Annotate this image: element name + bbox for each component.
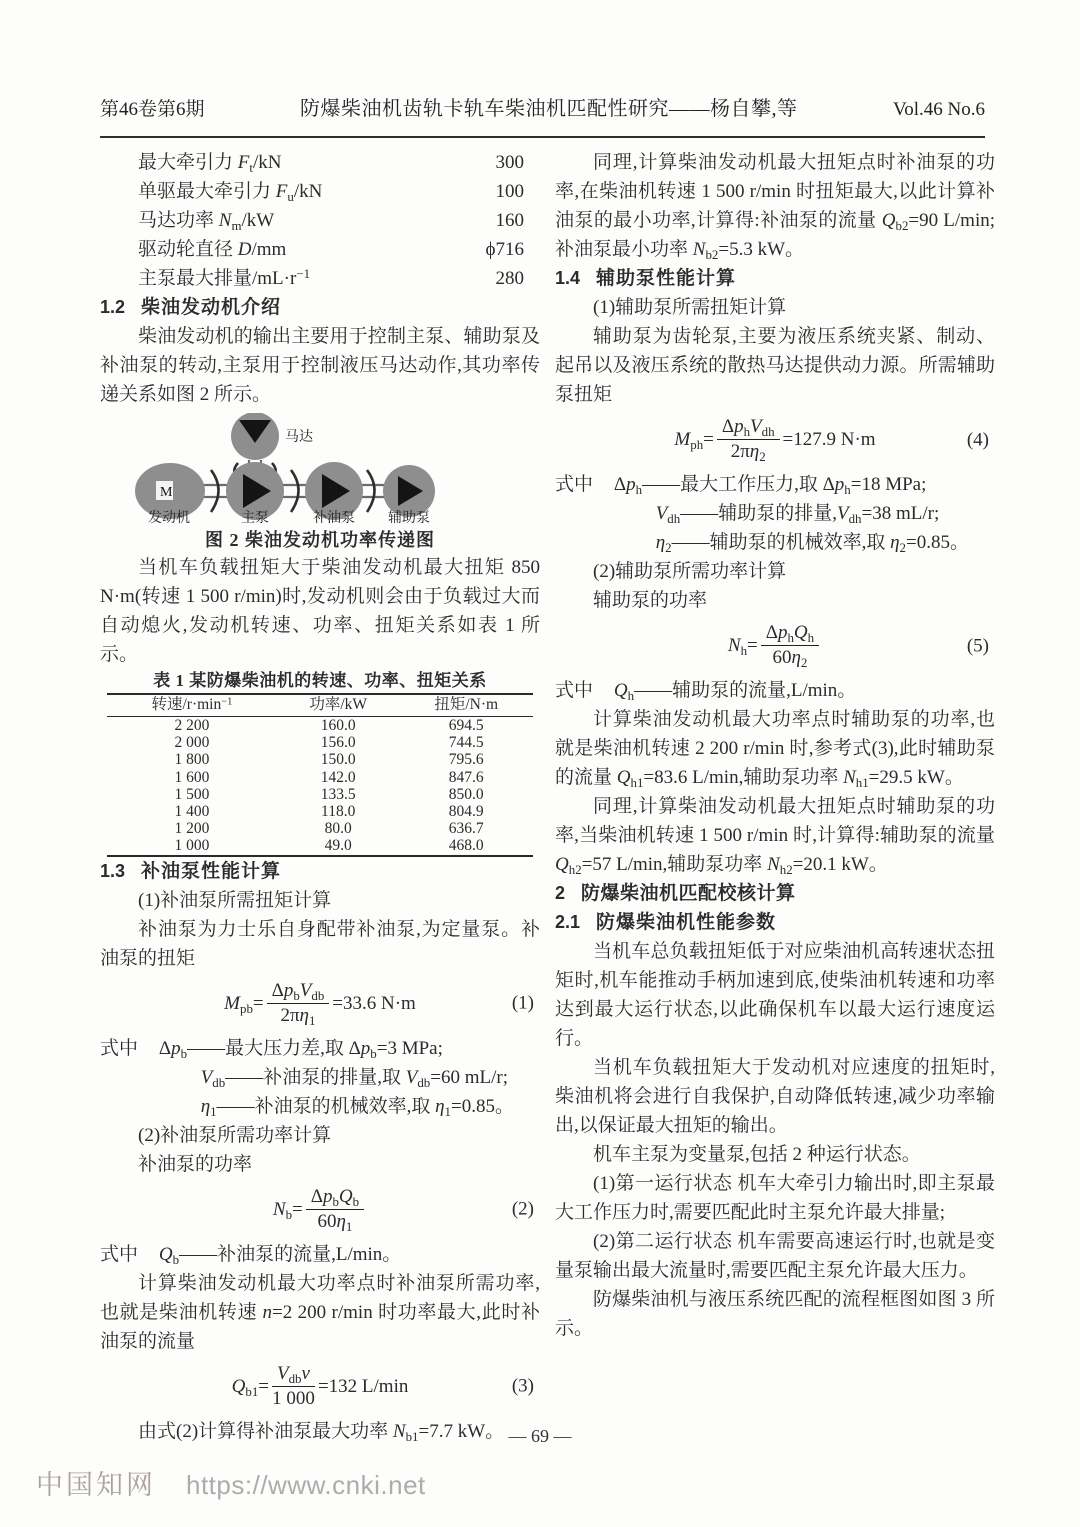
fraction-denominator: 2πη1	[280, 1004, 315, 1027]
table-cell: 2 200	[107, 717, 278, 735]
table-cell: 160.0	[277, 717, 399, 735]
table-row: 1 00049.0468.0	[107, 837, 534, 855]
section-1-2: 1.2 柴油发动机介绍	[100, 293, 540, 322]
fraction-numerator: ΔphVdh	[717, 416, 780, 440]
fraction-numerator: Vdbv	[272, 1363, 315, 1387]
table-1-caption: 表 1 某防爆柴油机的转速、功率、扭矩关系	[100, 669, 540, 693]
table-header-cell: 功率/kW	[277, 694, 399, 717]
section-1-3: 1.3 补油泵性能计算	[100, 857, 540, 886]
symbol-definition: η1——补油泵的机械效率,取 η1=0.85。	[100, 1092, 540, 1121]
symbol-definition: Vdb——补油泵的排量,取 Vdb=60 mL/r;	[100, 1063, 540, 1092]
fraction: Vdbv 1 000	[272, 1363, 315, 1410]
equation-rhs: =33.6 N·m	[332, 989, 416, 1018]
fraction-denominator: 2πη2	[731, 440, 766, 463]
table-row: 1 600142.0847.6	[107, 769, 534, 786]
section-number: 2.1	[555, 908, 580, 937]
equation-lhs: Qb1=	[232, 1372, 269, 1401]
table-row: 1 20080.0636.7	[107, 820, 534, 837]
equation-5: Nh= ΔphQh 60η2 (5)	[555, 622, 995, 669]
paragraph: (1)辅助泵所需扭矩计算	[555, 293, 995, 322]
def-body: Qb——补油泵的流量,L/min。	[159, 1240, 401, 1269]
spec-value: 100	[496, 177, 541, 206]
scanned-paper-page: 第46卷第6期 防爆柴油机齿轨卡轨车柴油机匹配性研究——杨自攀,等 Vol.46…	[0, 0, 1080, 1527]
paragraph: (2)第二运行状态 机车需要高速运行时,也就是变量泵输出最大流量时,需要匹配主泵…	[555, 1227, 995, 1285]
paragraph: 计算柴油发动机最大功率点时辅助泵的功率,也就是柴油机转速 2 200 r/min…	[555, 705, 995, 792]
spec-label: 驱动轮直径 D/mm	[100, 235, 286, 264]
section-title: 柴油发动机介绍	[141, 293, 281, 322]
def-head: 式中	[555, 470, 593, 499]
fraction: ΔphQh 60η2	[761, 622, 819, 669]
spec-row: 单驱最大牵引力 Fu/kN100	[100, 177, 540, 206]
power-transmission-drawing: 马达 M 发动机 主泵 补油泵 辅助	[110, 413, 520, 527]
table-cell: 1 500	[107, 786, 278, 803]
table-cell: 156.0	[277, 734, 399, 751]
section-title: 防爆柴油机性能参数	[596, 908, 776, 937]
charge-pump-label: 补油泵	[313, 509, 355, 526]
table-row: 1 400118.0804.9	[107, 803, 534, 820]
table-cell: 1 600	[107, 769, 278, 786]
paragraph: 当机车负载扭矩大于柴油发动机最大扭矩 850 N·m(转速 1 500 r/mi…	[100, 553, 540, 669]
def-body: Δpb——最大压力差,取 Δpb=3 MPa;	[159, 1034, 443, 1063]
spec-label: 最大牵引力 Ft/kN	[100, 148, 281, 177]
fraction: ΔpbQb 60η1	[306, 1186, 364, 1233]
equation-rhs: =127.9 N·m	[783, 425, 876, 454]
table-cell: 118.0	[277, 803, 399, 820]
table-row: 1 800150.0795.6	[107, 751, 534, 768]
cnki-watermark: 中国知网 https://www.cnki.net	[36, 1463, 426, 1502]
cnki-url: https://www.cnki.net	[186, 1470, 426, 1501]
section-number: 2	[555, 879, 565, 908]
spec-value: 160	[496, 206, 541, 235]
def-head: 式中	[100, 1240, 138, 1269]
page-header: 第46卷第6期 防爆柴油机齿轨卡轨车柴油机匹配性研究——杨自攀,等 Vol.46…	[100, 92, 985, 121]
engine-m-label: M	[160, 485, 173, 500]
equation-3: Qb1= Vdbv 1 000 =132 L/min (3)	[100, 1363, 540, 1410]
equation-number: (2)	[512, 1195, 534, 1224]
table-header-cell: 扭矩/N·m	[399, 694, 533, 717]
paragraph: 机车主泵为变量泵,包括 2 种运行状态。	[555, 1140, 995, 1169]
paragraph: (2)补油泵所需功率计算	[100, 1121, 540, 1150]
table-cell: 80.0	[277, 820, 399, 837]
paragraph: 辅助泵为齿轮泵,主要为液压系统夹紧、制动、起吊以及液压系统的散热马达提供动力源。…	[555, 322, 995, 409]
table-cell: 468.0	[399, 837, 533, 855]
spec-value: 280	[496, 264, 541, 293]
section-2: 2 防爆柴油机匹配校核计算	[555, 879, 995, 908]
page-number: — 69 —	[0, 1426, 1080, 1447]
fraction-denominator: 1 000	[272, 1387, 315, 1410]
paragraph: 补油泵的功率	[100, 1150, 540, 1179]
table-cell: 150.0	[277, 751, 399, 768]
spec-row: 驱动轮直径 D/mmϕ716	[100, 235, 540, 264]
paragraph: 补油泵为力士乐自身配带补油泵,为定量泵。补油泵的扭矩	[100, 915, 540, 973]
table-cell: 850.0	[399, 786, 533, 803]
table-cell: 847.6	[399, 769, 533, 786]
volume-number: Vol.46 No.6	[893, 99, 985, 121]
spec-label: 马达功率 Nm/kW	[100, 206, 274, 235]
paragraph: 柴油发动机的输出主要用于控制主泵、辅助泵及补油泵的转动,主泵用于控制液压马达动作…	[100, 322, 540, 409]
table-cell: 133.5	[277, 786, 399, 803]
section-title: 辅助泵性能计算	[596, 264, 736, 293]
running-title: 防爆柴油机齿轨卡轨车柴油机匹配性研究——杨自攀,等	[300, 92, 798, 121]
table-cell: 1 400	[107, 803, 278, 820]
table-cell: 804.9	[399, 803, 533, 820]
header-rule	[100, 136, 985, 138]
figure-2-diagram: 马达 M 发动机 主泵 补油泵 辅助	[110, 413, 520, 527]
table-cell: 2 000	[107, 734, 278, 751]
def-body: Qh——辅助泵的流量,L/min。	[614, 676, 856, 705]
paragraph: (1)第一运行状态 机车大牵引力输出时,即主泵最大工作压力时,需要匹配此时主泵允…	[555, 1169, 995, 1227]
paragraph: 同理,计算柴油发动机最大扭矩点时辅助泵的功率,当柴油机转速 1 500 r/mi…	[555, 792, 995, 879]
paragraph: (2)辅助泵所需功率计算	[555, 557, 995, 586]
def-head: 式中	[555, 676, 593, 705]
symbol-definition: 式中 Qh——辅助泵的流量,L/min。	[555, 676, 995, 705]
table-row: 2 000156.0744.5	[107, 734, 534, 751]
fraction-numerator: ΔpbQb	[306, 1186, 364, 1210]
journal-issue: 第46卷第6期	[100, 94, 205, 121]
section-title: 防爆柴油机匹配校核计算	[581, 879, 796, 908]
spec-value: ϕ716	[485, 235, 540, 264]
spec-label: 主泵最大排量/mL·r−1	[100, 264, 310, 293]
section-title: 补油泵性能计算	[141, 857, 281, 886]
paragraph: 当机车负载扭矩大于发动机对应速度的扭矩时,柴油机将会进行自我保护,自动降低转速,…	[555, 1053, 995, 1140]
section-2-1: 2.1 防爆柴油机性能参数	[555, 908, 995, 937]
table-cell: 694.5	[399, 717, 533, 735]
fraction-numerator: ΔphQh	[761, 622, 819, 646]
def-body: Δph——最大工作压力,取 Δph=18 MPa;	[614, 470, 926, 499]
table-cell: 636.7	[399, 820, 533, 837]
equation-number: (4)	[967, 425, 989, 454]
symbol-definition: 式中 Δpb——最大压力差,取 Δpb=3 MPa;	[100, 1034, 540, 1063]
main-pump-label: 主泵	[241, 510, 269, 526]
figure-2-caption: 图 2 柴油发动机功率传递图	[100, 527, 540, 553]
equation-number: (3)	[512, 1372, 534, 1401]
equation-lhs: Nh=	[728, 631, 758, 660]
def-head: 式中	[100, 1034, 138, 1063]
section-1-4: 1.4 辅助泵性能计算	[555, 264, 995, 293]
table-cell: 1 000	[107, 837, 278, 855]
section-number: 1.2	[100, 293, 125, 322]
fraction: ΔphVdh 2πη2	[717, 416, 780, 463]
equation-lhs: Mph=	[674, 425, 713, 454]
equation-1: Mpb= ΔpbVdb 2πη1 =33.6 N·m (1)	[100, 980, 540, 1027]
section-number: 1.3	[100, 857, 125, 886]
section-number: 1.4	[555, 264, 580, 293]
table-cell: 744.5	[399, 734, 533, 751]
table-cell: 142.0	[277, 769, 399, 786]
spec-value: 300	[496, 148, 541, 177]
table-row: 2 200160.0694.5	[107, 717, 534, 735]
paragraph: 同理,计算柴油发动机最大扭矩点时补油泵的功率,在柴油机转速 1 500 r/mi…	[555, 148, 995, 264]
table-header-row: 转速/r·min−1功率/kW扭矩/N·m	[107, 694, 534, 717]
table-header-cell: 转速/r·min−1	[107, 694, 278, 717]
spec-row: 主泵最大排量/mL·r−1280	[100, 264, 540, 293]
fraction: ΔpbVdb 2πη1	[267, 980, 330, 1027]
table-cell: 49.0	[277, 837, 399, 855]
spec-row: 马达功率 Nm/kW160	[100, 206, 540, 235]
table-cell: 1 200	[107, 820, 278, 837]
fraction-numerator: ΔpbVdb	[267, 980, 330, 1004]
symbol-definition: η2——辅助泵的机械效率,取 η2=0.85。	[555, 528, 995, 557]
paragraph: 当机车总负载扭矩低于对应柴油机高转速状态扭矩时,机车能推动手柄加速到底,使柴油机…	[555, 937, 995, 1053]
table-cell: 795.6	[399, 751, 533, 768]
spec-row: 最大牵引力 Ft/kN300	[100, 148, 540, 177]
equation-rhs: =132 L/min	[318, 1372, 408, 1401]
equation-lhs: Mpb=	[224, 989, 263, 1018]
symbol-definition: Vdh——辅助泵的排量,Vdh=38 mL/r;	[555, 499, 995, 528]
equation-2: Nb= ΔpbQb 60η1 (2)	[100, 1186, 540, 1233]
aux-pump-label: 辅助泵	[388, 509, 430, 526]
left-column: 最大牵引力 Ft/kN300单驱最大牵引力 Fu/kN100马达功率 Nm/kW…	[100, 148, 540, 1446]
paragraph: 计算柴油发动机最大功率点时补油泵所需功率,也就是柴油机转速 n=2 200 r/…	[100, 1269, 540, 1356]
symbol-definition: 式中 Δph——最大工作压力,取 Δph=18 MPa;	[555, 470, 995, 499]
equation-lhs: Nb=	[273, 1195, 303, 1224]
table-cell: 1 800	[107, 751, 278, 768]
fraction-denominator: 60η2	[772, 646, 807, 669]
cnki-brand: 中国知网	[36, 1463, 156, 1502]
spec-list: 最大牵引力 Ft/kN300单驱最大牵引力 Fu/kN100马达功率 Nm/kW…	[100, 148, 540, 293]
table-1: 转速/r·min−1功率/kW扭矩/N·m2 200160.0694.52 00…	[107, 693, 534, 857]
paragraph: 防爆柴油机与液压系统匹配的流程框图如图 3 所示。	[555, 1285, 995, 1343]
spec-label: 单驱最大牵引力 Fu/kN	[100, 177, 322, 206]
two-column-body: 最大牵引力 Ft/kN300单驱最大牵引力 Fu/kN100马达功率 Nm/kW…	[100, 148, 995, 1446]
fraction-denominator: 60η1	[317, 1210, 352, 1233]
equation-4: Mph= ΔphVdh 2πη2 =127.9 N·m (4)	[555, 416, 995, 463]
symbol-definition: 式中 Qb——补油泵的流量,L/min。	[100, 1240, 540, 1269]
engine-label: 发动机	[148, 509, 190, 526]
motor-label: 马达	[285, 428, 313, 445]
paragraph: (1)补油泵所需扭矩计算	[100, 886, 540, 915]
table-row: 1 500133.5850.0	[107, 786, 534, 803]
equation-number: (1)	[512, 989, 534, 1018]
equation-number: (5)	[967, 631, 989, 660]
paragraph: 辅助泵的功率	[555, 586, 995, 615]
right-column: 同理,计算柴油发动机最大扭矩点时补油泵的功率,在柴油机转速 1 500 r/mi…	[555, 148, 995, 1446]
